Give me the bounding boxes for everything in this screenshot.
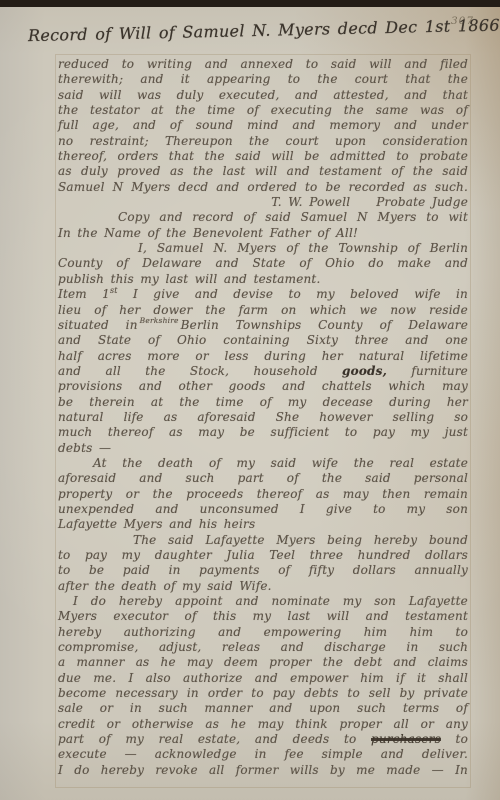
manuscript-line: full age, and of sound mind and memory a… (58, 118, 468, 133)
manuscript-line: I do hereby revoke all former wills by m… (58, 763, 468, 778)
manuscript-line: sale or in such manner and upon such ter… (58, 701, 468, 716)
manuscript-line: become necessary in order to pay debts t… (58, 686, 468, 701)
manuscript-segment: compromise, adjust, releas and discharge… (58, 640, 468, 654)
manuscript-line: after the death of my said Wife. (58, 579, 468, 594)
manuscript-segment: Samuel N Myers decd and ordered to be re… (58, 180, 468, 194)
manuscript-segment: be therein at the time of my decease dur… (58, 395, 468, 409)
manuscript-segment: T. W. Powell (271, 195, 350, 209)
manuscript-segment: debts — (58, 441, 111, 455)
manuscript-line: much thereof as may be sufficient to pay… (58, 425, 468, 440)
manuscript-line: Myers executor of this my last will and … (58, 609, 468, 624)
manuscript-line: I do hereby appoint and nominate my son … (58, 594, 468, 609)
manuscript-line: lieu of her dower the farm on which we n… (58, 303, 468, 318)
manuscript-segment: therewith; and it appearing to the court… (58, 72, 468, 86)
manuscript-line: publish this my last will and testament. (58, 272, 468, 287)
manuscript-segment: Copy and record of said Samuel N Myers t… (118, 210, 468, 224)
manuscript-segment: credit or otherwise as he may think prop… (58, 717, 468, 731)
manuscript-segment: much thereof as may be sufficient to pay… (58, 425, 468, 439)
manuscript-segment: and all the Stock, household (58, 364, 342, 378)
manuscript-segment: lieu of her dower the farm on which we n… (58, 303, 468, 317)
manuscript-line: Samuel N Myers decd and ordered to be re… (58, 180, 468, 195)
manuscript-segment: publish this my last will and testament. (58, 272, 320, 286)
manuscript-segment: At the death of my said wife the real es… (93, 456, 468, 470)
manuscript-line: part of my real estate, and deeds to pur… (58, 732, 468, 747)
manuscript-segment: and State of Ohio containing Sixty three… (58, 333, 468, 347)
manuscript-segment: part of my real estate, and deeds to (58, 732, 371, 746)
manuscript-segment-sup: st (110, 286, 118, 295)
manuscript-segment: as duly proved as the last will and test… (58, 164, 468, 178)
manuscript-segment: hereby authorizing and empowering him hi… (58, 625, 468, 639)
manuscript-segment: due me. I also authorize and empower him… (58, 671, 468, 685)
manuscript-lines: reduced to writing and annexed to said w… (58, 57, 468, 778)
manuscript-line: due me. I also authorize and empower him… (58, 671, 468, 686)
manuscript-segment: In the Name of the Benevolent Father of … (58, 226, 358, 240)
manuscript-line: as duly proved as the last will and test… (58, 164, 468, 179)
page-title: Record of Will of Samuel N. Myers decd D… (28, 16, 484, 45)
manuscript-segment: half acres more or less during her natur… (58, 349, 468, 363)
manuscript-segment: no restraint; Thereupon the court upon c… (58, 134, 468, 148)
manuscript-segment: full age, and of sound mind and memory a… (58, 118, 468, 132)
manuscript-segment: execute — acknowledge in fee simple and … (58, 747, 468, 761)
manuscript-segment: a manner as he may deem proper the debt … (58, 655, 468, 669)
manuscript-segment: County of Delaware and State of Ohio do … (58, 256, 468, 270)
manuscript-segment: Lafayette Myers and his heirs (58, 517, 255, 531)
manuscript-line: I, Samuel N. Myers of the Township of Be… (58, 241, 468, 256)
manuscript-segment: Item 1 (58, 287, 110, 301)
manuscript-line: In the Name of the Benevolent Father of … (58, 226, 468, 241)
scanned-ledger-photo: 307 Record of Will of Samuel N. Myers de… (0, 0, 500, 800)
manuscript-line: a manner as he may deem proper the debt … (58, 655, 468, 670)
manuscript-line: Copy and record of said Samuel N Myers t… (58, 210, 468, 225)
manuscript-segment: to (441, 732, 468, 746)
manuscript-line: provisions and other goods and chattels … (58, 379, 468, 394)
manuscript-segment: after the death of my said Wife. (58, 579, 272, 593)
manuscript-line: natural life as aforesaid She however se… (58, 410, 468, 425)
manuscript-line: no restraint; Thereupon the court upon c… (58, 134, 468, 149)
manuscript-segment: I, Samuel N. Myers of the Township of Be… (138, 241, 468, 255)
manuscript-line: to pay my daughter Julia Teel three hund… (58, 548, 468, 563)
manuscript-segment: to be paid in payments of fifty dollars … (58, 563, 468, 577)
manuscript-line: reduced to writing and annexed to said w… (58, 57, 468, 72)
manuscript-segment: unexpended and unconsumed I give to my s… (58, 502, 468, 516)
manuscript-line: debts — (58, 441, 468, 456)
manuscript-segment-struck: purchasers (371, 732, 441, 746)
manuscript-segment: property or the proceeds thereof as may … (58, 487, 468, 501)
manuscript-line: aforesaid and such part of the said pers… (58, 471, 468, 486)
manuscript-segment: I do hereby revoke all former wills by m… (58, 763, 468, 777)
manuscript-segment: natural life as aforesaid She however se… (58, 410, 468, 424)
manuscript-segment: I do hereby appoint and nominate my son … (73, 594, 468, 608)
manuscript-segment: Myers executor of this my last will and … (58, 609, 468, 623)
manuscript-line: said will was duly executed, and atteste… (58, 88, 468, 103)
manuscript-line: credit or otherwise as he may think prop… (58, 717, 468, 732)
manuscript-line: therewith; and it appearing to the court… (58, 72, 468, 87)
manuscript-line: execute — acknowledge in fee simple and … (58, 747, 468, 762)
manuscript-line: half acres more or less during her natur… (58, 349, 468, 364)
manuscript-line: compromise, adjust, releas and discharge… (58, 640, 468, 655)
manuscript-line: The said Lafayette Myers being hereby bo… (58, 533, 468, 548)
manuscript-segment: furniture (387, 364, 468, 378)
manuscript-segment: said will was duly executed, and atteste… (58, 88, 468, 102)
manuscript-line: hereby authorizing and empowering him hi… (58, 625, 468, 640)
ledger-page: 307 Record of Will of Samuel N. Myers de… (0, 7, 500, 800)
manuscript-segment-gap: Probate Judge (350, 195, 468, 209)
manuscript-segment-interlined: Berkshire (140, 316, 179, 325)
manuscript-line: At the death of my said wife the real es… (58, 456, 468, 471)
manuscript-line: to be paid in payments of fifty dollars … (58, 563, 468, 578)
photo-dark-edge (0, 0, 500, 7)
manuscript-line: County of Delaware and State of Ohio do … (58, 256, 468, 271)
manuscript-segment: situated in (58, 318, 138, 332)
manuscript-segment: become necessary in order to pay debts t… (58, 686, 468, 700)
manuscript-segment: thereof, orders that the said will be ad… (58, 149, 468, 163)
manuscript-line: unexpended and unconsumed I give to my s… (58, 502, 468, 517)
manuscript-line: the testator at the time of executing th… (58, 103, 468, 118)
manuscript-line: Item 1st I give and devise to my beloved… (58, 287, 468, 302)
manuscript-line: Lafayette Myers and his heirs (58, 517, 468, 532)
manuscript-segment: reduced to writing and annexed to said w… (58, 57, 468, 71)
manuscript-line: be therein at the time of my decease dur… (58, 395, 468, 410)
manuscript-line: and State of Ohio containing Sixty three… (58, 333, 468, 348)
manuscript-line: property or the proceeds thereof as may … (58, 487, 468, 502)
manuscript-segment: aforesaid and such part of the said pers… (58, 471, 468, 485)
manuscript-segment: to pay my daughter Julia Teel three hund… (58, 548, 468, 562)
manuscript-segment: the testator at the time of executing th… (58, 103, 468, 117)
manuscript-segment: Berlin Townships County of Delaware (181, 318, 468, 332)
manuscript-line: situated inBerkshireBerlin Townships Cou… (58, 318, 468, 333)
manuscript-segment: The said Lafayette Myers being hereby bo… (133, 533, 468, 547)
manuscript-segment: provisions and other goods and chattels … (58, 379, 468, 393)
manuscript-line: and all the Stock, household goods, furn… (58, 364, 468, 379)
manuscript-line: thereof, orders that the said will be ad… (58, 149, 468, 164)
manuscript-segment: sale or in such manner and upon such ter… (58, 701, 468, 715)
manuscript-line: T. W. PowellProbate Judge (58, 195, 468, 210)
manuscript-segment: I give and devise to my beloved wife in (118, 287, 468, 301)
manuscript-segment-dark: goods, (342, 364, 387, 378)
